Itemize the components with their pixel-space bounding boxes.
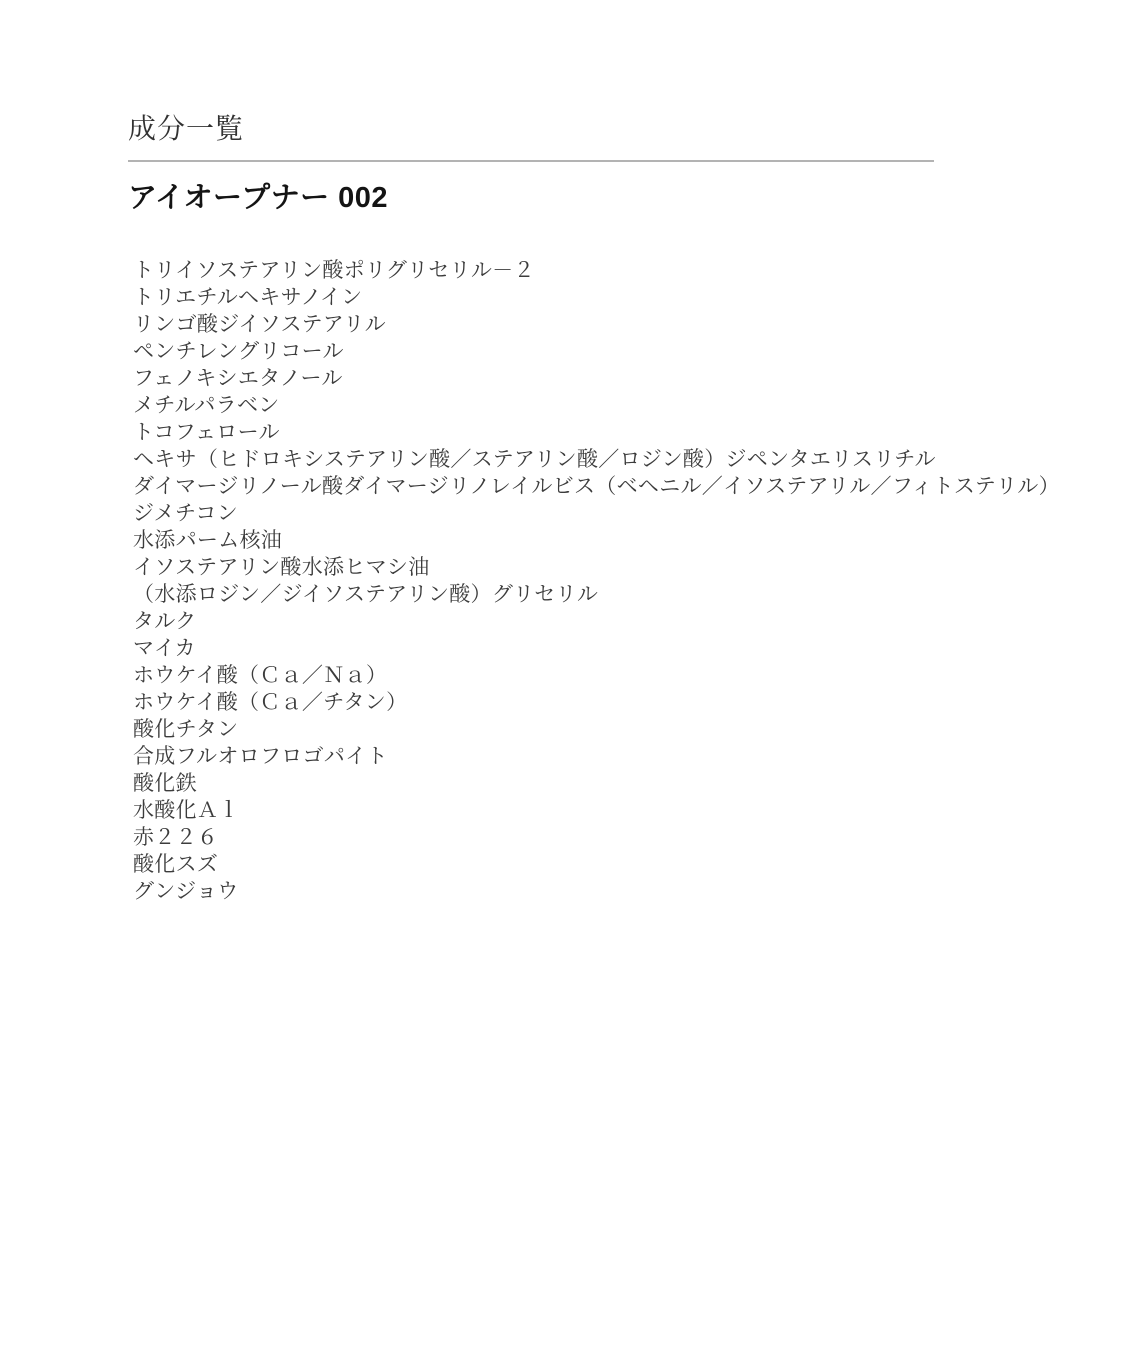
- ingredient-item: 酸化鉄: [133, 770, 1065, 797]
- ingredient-item: 水酸化Ａｌ: [133, 797, 1065, 824]
- ingredient-item: ホウケイ酸（Ｃａ／Ｎａ）: [133, 662, 1065, 689]
- ingredient-list: トリイソステアリン酸ポリグリセリル－２トリエチルヘキサノインリンゴ酸ジイソステア…: [128, 257, 1065, 905]
- ingredient-item: リンゴ酸ジイソステアリル: [133, 311, 1065, 338]
- ingredient-item: ホウケイ酸（Ｃａ／チタン）: [133, 689, 1065, 716]
- ingredient-item: 合成フルオロフロゴパイト: [133, 743, 1065, 770]
- title-divider: [128, 160, 934, 162]
- ingredient-item: メチルパラベン: [133, 392, 1065, 419]
- ingredient-item: タルク: [133, 608, 1065, 635]
- ingredient-item: 水添パーム核油: [133, 527, 1065, 554]
- ingredient-item: マイカ: [133, 635, 1065, 662]
- ingredient-item: イソステアリン酸水添ヒマシ油: [133, 554, 1065, 581]
- ingredient-item: ジメチコン: [133, 500, 1065, 527]
- page-title: 成分一覧: [128, 112, 1065, 146]
- ingredient-item: ダイマージリノール酸ダイマージリノレイルビス（ベヘニル／イソステアリル／フィトス…: [133, 473, 1065, 500]
- ingredient-item: トコフェロール: [133, 419, 1065, 446]
- ingredient-item: 酸化チタン: [133, 716, 1065, 743]
- ingredient-item: グンジョウ: [133, 878, 1065, 905]
- ingredient-item: ヘキサ（ヒドロキシステアリン酸／ステアリン酸／ロジン酸）ジペンタエリスリチル: [133, 446, 1065, 473]
- product-name-heading: アイオープナー 002: [128, 181, 1065, 216]
- ingredient-item: 赤２２６: [133, 824, 1065, 851]
- ingredient-page: 成分一覧 アイオープナー 002 トリイソステアリン酸ポリグリセリル－２トリエチ…: [0, 0, 1125, 965]
- ingredient-item: フェノキシエタノール: [133, 365, 1065, 392]
- ingredient-item: トリエチルヘキサノイン: [133, 284, 1065, 311]
- ingredient-item: 酸化スズ: [133, 851, 1065, 878]
- ingredient-item: ペンチレングリコール: [133, 338, 1065, 365]
- ingredient-item: トリイソステアリン酸ポリグリセリル－２: [133, 257, 1065, 284]
- ingredient-item: （水添ロジン／ジイソステアリン酸）グリセリル: [133, 581, 1065, 608]
